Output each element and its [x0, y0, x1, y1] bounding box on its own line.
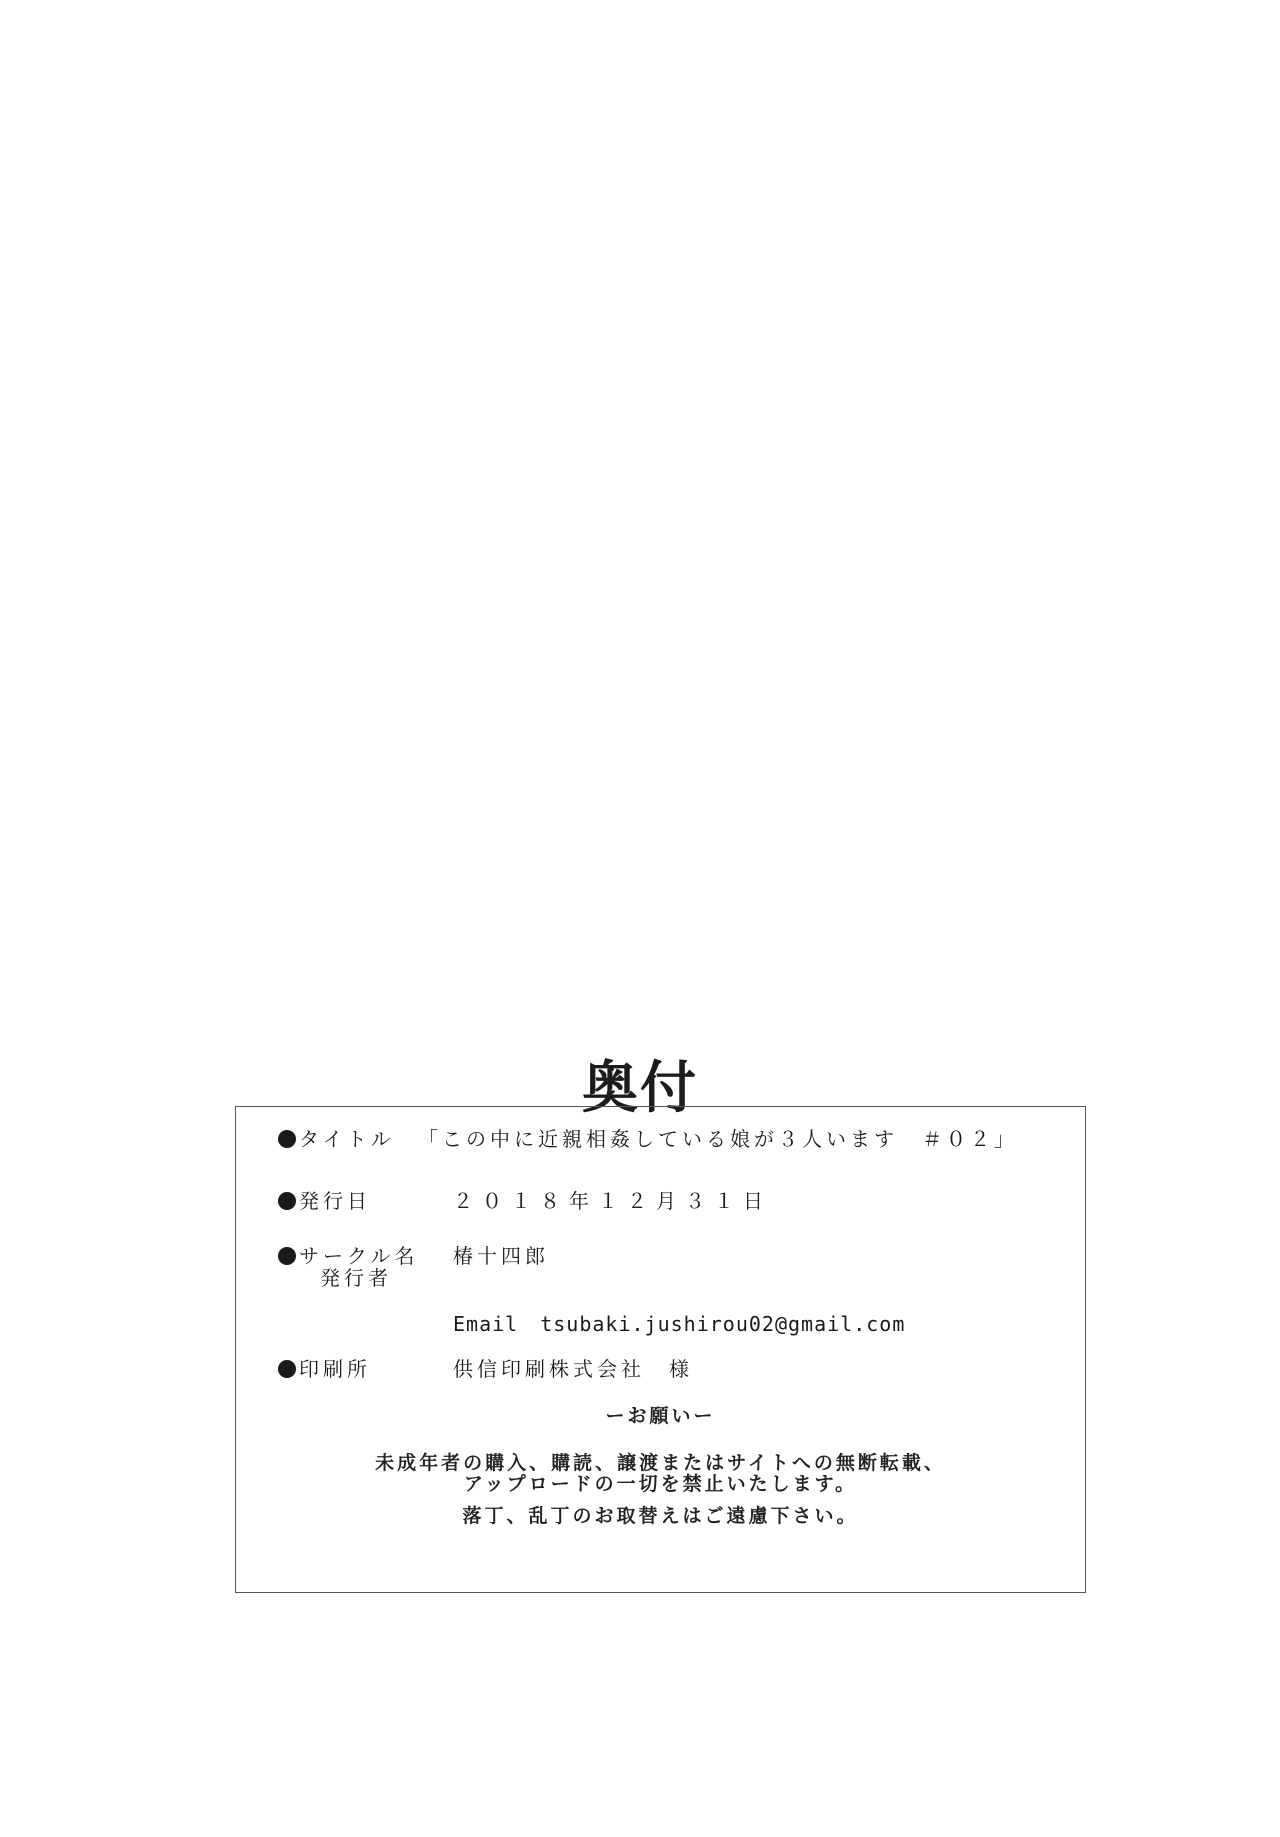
notice-line-1: 未成年者の購入、購読、譲渡またはサイトへの無断転載、 [236, 1452, 1085, 1474]
bullet-icon [278, 1360, 296, 1378]
notice-heading: ーお願いー [236, 1405, 1085, 1427]
email-label: Email [453, 1312, 518, 1336]
publish-date-label: 発行日 [299, 1189, 371, 1213]
notice-footer: 落丁、乱丁のお取替えはご遠慮下さい。 [236, 1505, 1085, 1527]
title-label-wrap: タイトル [278, 1127, 395, 1151]
printer-label: 印刷所 [299, 1357, 371, 1381]
publish-date-label-wrap: 発行日 [278, 1189, 371, 1213]
title-label: タイトル [299, 1127, 395, 1151]
email-wrap: Emailtsubaki.jushirou02@gmail.com [453, 1312, 905, 1336]
printer-label-wrap: 印刷所 [278, 1357, 371, 1381]
notice-line-2: アップロードの一切を禁止いたします。 [236, 1473, 1085, 1495]
email-value[interactable]: tsubaki.jushirou02@gmail.com [540, 1312, 905, 1336]
publish-date-value: ２０１８年１２月３１日 [453, 1189, 772, 1213]
circle-value: 椿十四郎 [453, 1244, 549, 1268]
circle-label-wrap: サークル名 [278, 1244, 418, 1268]
bullet-icon [278, 1192, 296, 1210]
printer-value: 供信印刷株式会社 様 [453, 1357, 693, 1381]
publisher-label: 発行者 [320, 1266, 392, 1290]
bullet-icon [278, 1247, 296, 1265]
circle-label: サークル名 [299, 1244, 418, 1268]
title-value: 「この中に近親相姦している娘が３人います ＃０２」 [418, 1127, 1018, 1151]
bullet-icon [278, 1130, 296, 1148]
colophon-box: タイトル 「この中に近親相姦している娘が３人います ＃０２」 発行日 ２０１８年… [235, 1106, 1086, 1593]
